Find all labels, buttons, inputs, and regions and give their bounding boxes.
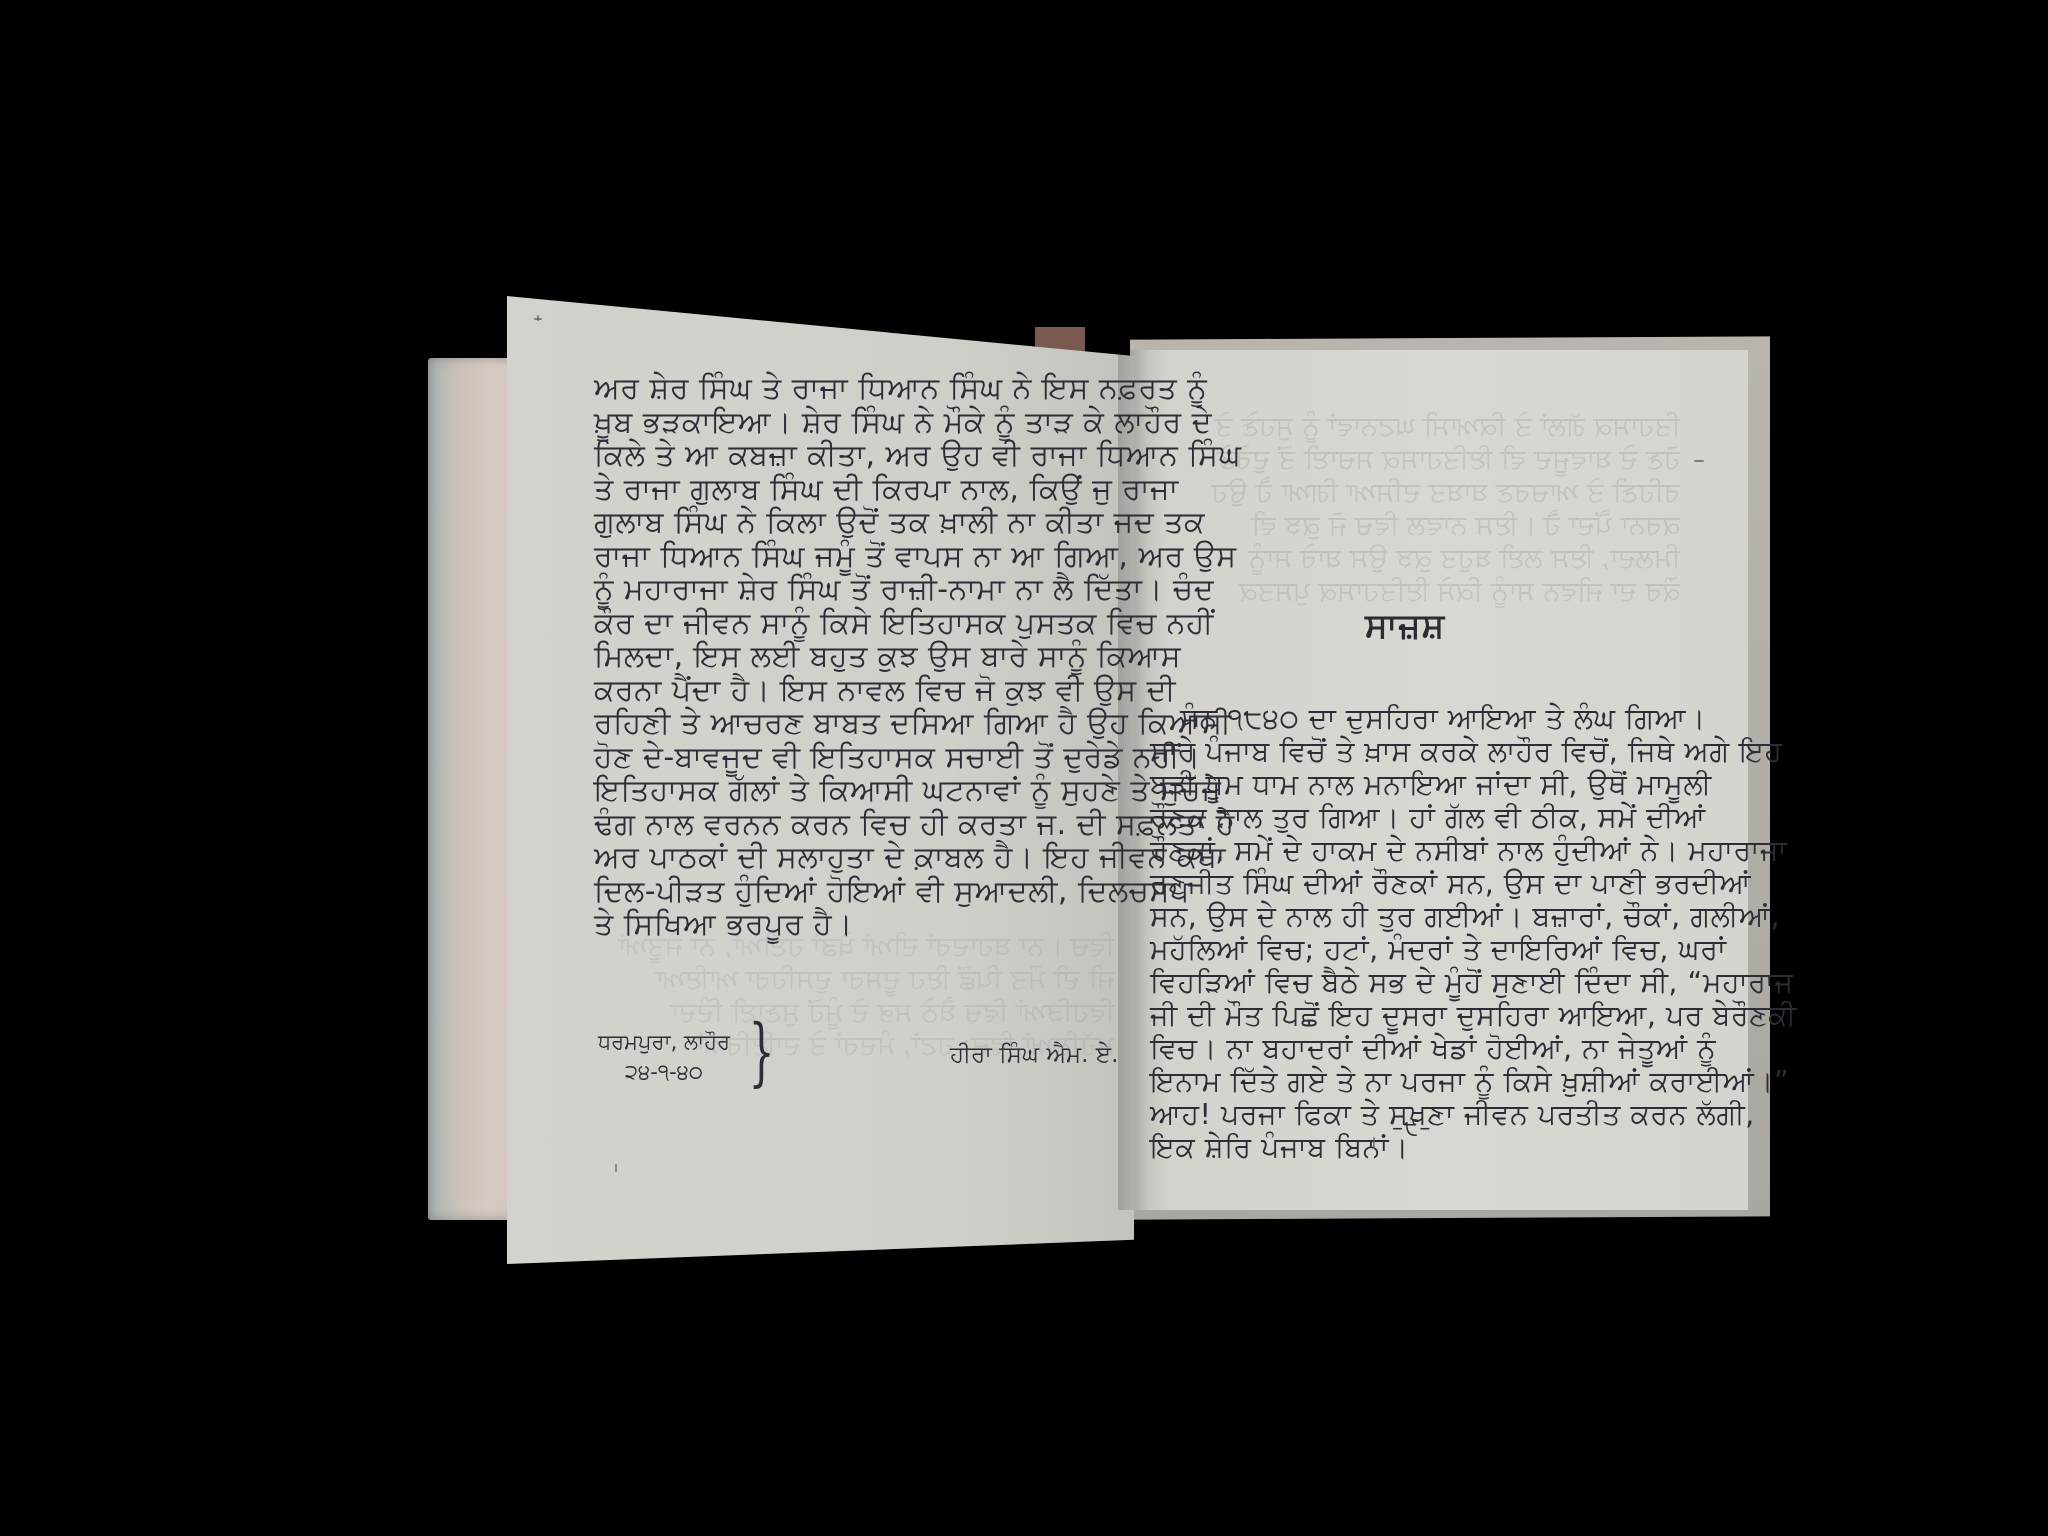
signature-place: ਧਰਮਪੁਰਾ, ਲਾਹੌਰ (594, 1027, 734, 1057)
text-line: ਅਰ ਸ਼ੇਰ ਸਿੰਘ ਤੇ ਰਾਜਾ ਧਿਆਨ ਸਿੰਘ ਨੇ ਇਸ ਨਫ਼… (594, 372, 1124, 406)
text-line: ਵਿਚ। ਨਾ ਬਹਾਦਰਾਂ ਦੀਆਂ ਖੇਡਾਂ ਹੋਈਆਂ, ਨਾ ਜੇਤ… (1150, 1032, 1680, 1065)
text-line: ਤੇ ਰਾਜਾ ਗੁਲਾਬ ਸਿੰਘ ਦੀ ਕਿਰਪਾ ਨਾਲ, ਕਿਉਂ ਜੁ… (594, 473, 1124, 507)
right-page-body: ਸੰਨ ੧੮੪੦ ਦਾ ਦੁਸਹਿਰਾ ਆਇਆ ਤੇ ਲੰਘ ਗਿਆ। ਸਾਰੇ… (1150, 702, 1680, 1164)
text-line: ਦਿਲ-ਪੀੜਤ ਹੁੰਦਿਆਂ ਹੋਇਆਂ ਵੀ ਸੁਆਦਲੀ, ਦਿਲਚਸਪ (594, 875, 1124, 909)
text-line: ਰੌਣਕਾਂ, ਸਮੇਂ ਦੇ ਹਾਕਮ ਦੇ ਨਸੀਬਾਂ ਨਾਲ ਹੁੰਦੀ… (1150, 834, 1680, 867)
paper-speck (615, 1164, 617, 1172)
text-line: ਸਨ, ਉਸ ਦੇ ਨਾਲ ਹੀ ਤੁਰ ਗਈਆਂ। ਬਜ਼ਾਰਾਂ, ਚੌਕਾ… (1150, 900, 1680, 933)
text-line: ਨੂੰ ਮਹਾਰਾਜਾ ਸ਼ੇਰ ਸਿੰਘ ਤੋਂ ਰਾਜ਼ੀ-ਨਾਮਾ ਨਾ … (594, 573, 1124, 607)
text-line: ਕੌਰ ਦਾ ਜੀਵਨ ਸਾਨੂੰ ਕਿਸੇ ਇਤਿਹਾਸਕ ਪੁਸਤਕ ਵਿਚ… (594, 607, 1124, 641)
text-line: ਢੰਗ ਨਾਲ ਵਰਨਨ ਕਰਨ ਵਿਚ ਹੀ ਕਰਤਾ ਜ. ਦੀ ਸਫ਼ਲਤ… (594, 808, 1124, 842)
paper-speck (534, 318, 542, 320)
text-line: ਰਣਜੀਤ ਸਿੰਘ ਦੀਆਂ ਰੌਣਕਾਂ ਸਨ, ਉਸ ਦਾ ਪਾਣੀ ਭਰ… (1150, 867, 1680, 900)
text-line: ਇਨਾਮ ਦਿੱਤੇ ਗਏ ਤੇ ਨਾ ਪਰਜਾ ਨੂੰ ਕਿਸੇ ਖ਼ੁਸ਼ੀ… (1150, 1065, 1680, 1098)
text-line: ਰੌਣਕ ਨਾਲ ਤੁਰ ਗਿਆ। ਹਾਂ ਗੱਲ ਵੀ ਠੀਕ, ਸਮੇਂ ਦ… (1150, 801, 1680, 834)
signature-date: ੨੪-੧-੪੦ (594, 1057, 734, 1087)
text-line: ਸਾਰੇ ਪੰਜਾਬ ਵਿਚੋਂ ਤੇ ਖ਼ਾਸ ਕਰਕੇ ਲਾਹੌਰ ਵਿਚੋ… (1150, 735, 1680, 768)
text-line: ਖ਼ੂਬ ਭੜਕਾਇਆ। ਸ਼ੇਰ ਸਿੰਘ ਨੇ ਮੌਕੇ ਨੂੰ ਤਾੜ ਕ… (594, 406, 1124, 440)
text-line: ਜੀ ਦੀ ਮੌਤ ਪਿਛੋਂ ਇਹ ਦੂਸਰਾ ਦੁਸਹਿਰਾ ਆਇਆ, ਪਰ… (1150, 999, 1680, 1032)
text-line: ਅਰ ਪਾਠਕਾਂ ਦੀ ਸਲਾਹੁਤਾ ਦੇ ਕ਼ਾਬਲ ਹੈ। ਇਹ ਜੀਵ… (594, 841, 1124, 875)
book-photo: ਤਿਹਾਸਕ ਗੱਲਾਂ ਤੇ ਕਿਆਸੀ ਘਟਨਾਵਾਂ ਨੂੰ ਸੁਹਣੇ … (0, 0, 2048, 1536)
text-line: ਇਤਿਹਾਸਕ ਗੱਲਾਂ ਤੇ ਕਿਆਸੀ ਘਟਨਾਵਾਂ ਨੂੰ ਸੁਹਣੇ… (594, 774, 1124, 808)
chapter-title: ਸਾਜ਼ਸ਼ (1365, 606, 1445, 646)
paper-speck (1373, 1137, 1375, 1149)
text-line: ਗੁਲਾਬ ਸਿੰਘ ਨੇ ਕਿਲਾ ਉਦੋਂ ਤਕ ਖ਼ਾਲੀ ਨਾ ਕੀਤਾ… (594, 506, 1124, 540)
text-line: ਵਿਹੜਿਆਂ ਵਿਚ ਬੈਠੇ ਸਭ ਦੇ ਮੂੰਹੋਂ ਸੁਣਾਈ ਦਿੰਦ… (1150, 966, 1680, 999)
text-line: ਰਹਿਣੀ ਤੇ ਆਚਰਣ ਬਾਬਤ ਦਸਿਆ ਗਿਆ ਹੈ ਉਹ ਕਿਆਸੀ (594, 707, 1124, 741)
text-line: ਸੰਨ ੧੮੪੦ ਦਾ ਦੁਸਹਿਰਾ ਆਇਆ ਤੇ ਲੰਘ ਗਿਆ। (1150, 702, 1680, 735)
text-line: ਮਿਲਦਾ, ਇਸ ਲਈ ਬਹੁਤ ਕੁਝ ਉਸ ਬਾਰੇ ਸਾਨੂੰ ਕਿਆਸ (594, 640, 1124, 674)
page-number: –੯– (1392, 1116, 1431, 1141)
paper-speck (1694, 460, 1704, 462)
text-line: ਮਹੱਲਿਆਂ ਵਿਚ; ਹਟਾਂ, ਮੰਦਰਾਂ ਤੇ ਦਾਇਰਿਆਂ ਵਿਚ… (1150, 933, 1680, 966)
text-line: ਕਰਨਾ ਪੈਂਦਾ ਹੈ। ਇਸ ਨਾਵਲ ਵਿਚ ਜੋ ਕੁਝ ਵੀ ਉਸ … (594, 674, 1124, 708)
text-line: ਬੜੀ ਧੂਮ ਧਾਮ ਨਾਲ ਮਨਾਇਆ ਜਾਂਦਾ ਸੀ, ਉਥੋਂ ਮਾਮ… (1150, 768, 1680, 801)
signature-author: ਹੀਰਾ ਸਿੰਘ ਐਮ. ਏ. (950, 1042, 1118, 1068)
text-line: ਕਿਲੇ ਤੇ ਆ ਕਬਜ਼ਾ ਕੀਤਾ, ਅਰ ਉਹ ਵੀ ਰਾਜਾ ਧਿਆਨ… (594, 439, 1124, 473)
signature-place-date: ਧਰਮਪੁਰਾ, ਲਾਹੌਰ ੨੪-੧-੪੦ (594, 1027, 734, 1087)
text-line: ਰਾਜਾ ਧਿਆਨ ਸਿੰਘ ਜਮੂੰ ਤੋਂ ਵਾਪਸ ਨਾ ਆ ਗਿਆ, ਅ… (594, 540, 1124, 574)
text-line: ਤੇ ਸਿਖਿਆ ਭਰਪੂਰ ਹੈ। (594, 908, 1124, 942)
curly-brace: } (749, 1012, 775, 1092)
text-line: ਹੋਣ ਦੇ-ਬਾਵਜੂਦ ਵੀ ਇਤਿਹਾਸਕ ਸਚਾਈ ਤੋਂ ਦੁਰੇਡੇ… (594, 741, 1124, 775)
left-page-body: ਅਰ ਸ਼ੇਰ ਸਿੰਘ ਤੇ ਰਾਜਾ ਧਿਆਨ ਸਿੰਘ ਨੇ ਇਸ ਨਫ਼… (594, 372, 1124, 942)
